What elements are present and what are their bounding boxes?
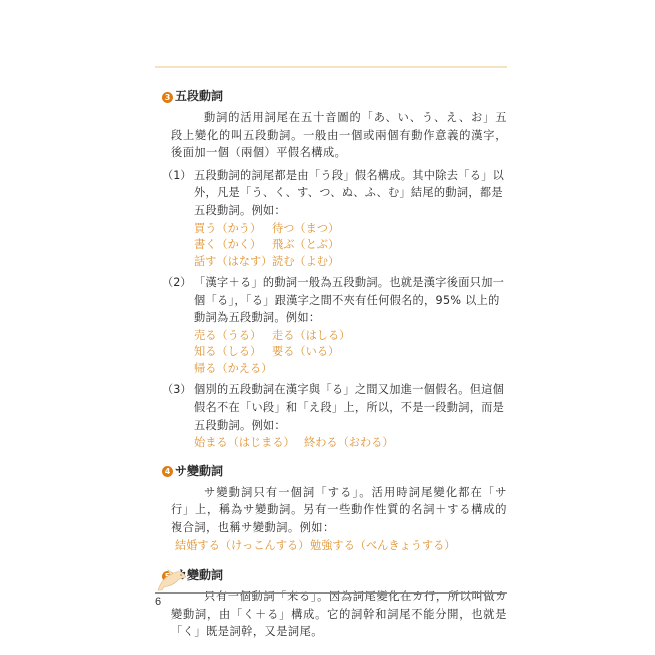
example: 知る（しる） bbox=[194, 343, 272, 360]
section-title: サ變動詞 bbox=[175, 463, 223, 481]
footer-divider bbox=[155, 592, 507, 594]
page-number: 6 bbox=[155, 596, 161, 608]
number-badge-icon: 4 bbox=[162, 466, 173, 477]
example: 始まる（はじまる） bbox=[194, 434, 304, 451]
item-label: （3） bbox=[162, 381, 194, 434]
example: 話す（はなす） bbox=[194, 253, 272, 270]
number-badge-icon: 3 bbox=[162, 92, 173, 103]
section-heading: 3 五段動詞 bbox=[162, 88, 507, 106]
example: 走る（はしる） bbox=[272, 327, 350, 344]
example: 結婚する（けっこんする） bbox=[175, 537, 310, 555]
section-ka-verbs: 5 カ變動詞 只有一個動詞「来る」。因為詞尾變化在カ行，所以叫做カ變動詞，由「く… bbox=[162, 567, 507, 641]
section-heading: 4 サ變動詞 bbox=[162, 463, 507, 481]
list-item: （3） 個別的五段動詞在漢字與「る」之間又加進一個假名。但這個假名不在「い段」和… bbox=[162, 381, 507, 434]
section-title: 五段動詞 bbox=[175, 88, 223, 106]
item-text: 個別的五段動詞在漢字與「る」之間又加進一個假名。但這個假名不在「い段」和「え段」… bbox=[194, 381, 507, 434]
page-content: 3 五段動詞 動詞的活用詞尾在五十音圖的「あ、い、う、え、お」五段上變化的叫五段… bbox=[162, 88, 507, 641]
example-list: 売る（うる）走る（はしる） 知る（しる）要る（いる） 帰る（かえる） bbox=[162, 327, 507, 377]
section-intro: 動詞的活用詞尾在五十音圖的「あ、い、う、え、お」五段上變化的叫五段動詞。一般由一… bbox=[162, 109, 507, 162]
section-heading: 5 カ變動詞 bbox=[162, 567, 507, 585]
item-label: （1） bbox=[162, 167, 194, 220]
section-intro: 只有一個動詞「来る」。因為詞尾變化在カ行，所以叫做カ變動詞，由「く＋る」構成。它… bbox=[162, 588, 507, 641]
example-list: 結婚する（けっこんする） 勉強する（べんきょうする） bbox=[162, 537, 507, 555]
top-divider bbox=[155, 66, 507, 68]
example-list: 買う（かう）待つ（まつ） 書く（かく）飛ぶ（とぶ） 話す（はなす）読む（よむ） bbox=[162, 220, 507, 270]
example: 読む（よむ） bbox=[272, 253, 339, 270]
example: 勉強する（べんきょうする） bbox=[310, 537, 455, 555]
item-text: 「漢字＋る」的動詞一般為五段動詞。也就是漢字後面只加一個「る」，「る」跟漢字之間… bbox=[194, 274, 507, 327]
example: 待つ（まつ） bbox=[272, 220, 339, 237]
dolphin-icon bbox=[156, 568, 188, 592]
list-item: （2） 「漢字＋る」的動詞一般為五段動詞。也就是漢字後面只加一個「る」，「る」跟… bbox=[162, 274, 507, 327]
item-text: 五段動詞的詞尾都是由「う段」假名構成。其中除去「る」以外，凡是「う、く、す、つ、… bbox=[194, 167, 507, 220]
example: 帰る（かえる） bbox=[194, 360, 272, 377]
section-godan-verbs: 3 五段動詞 動詞的活用詞尾在五十音圖的「あ、い、う、え、お」五段上變化的叫五段… bbox=[162, 88, 507, 451]
example-list: 始まる（はじまる）終わる（おわる） bbox=[162, 434, 507, 451]
list-item: （1） 五段動詞的詞尾都是由「う段」假名構成。其中除去「る」以外，凡是「う、く、… bbox=[162, 167, 507, 220]
item-label: （2） bbox=[162, 274, 194, 327]
example: 買う（かう） bbox=[194, 220, 272, 237]
example: 売る（うる） bbox=[194, 327, 272, 344]
section-sa-verbs: 4 サ變動詞 サ變動詞只有一個詞「する」。活用時詞尾變化都在「サ行」上，稱為サ變… bbox=[162, 463, 507, 555]
example: 飛ぶ（とぶ） bbox=[272, 236, 339, 253]
example: 書く（かく） bbox=[194, 236, 272, 253]
example: 要る（いる） bbox=[272, 343, 339, 360]
example: 終わる（おわる） bbox=[304, 434, 394, 451]
section-intro: サ變動詞只有一個詞「する」。活用時詞尾變化都在「サ行」上，稱為サ變動詞。另有一些… bbox=[162, 484, 507, 537]
